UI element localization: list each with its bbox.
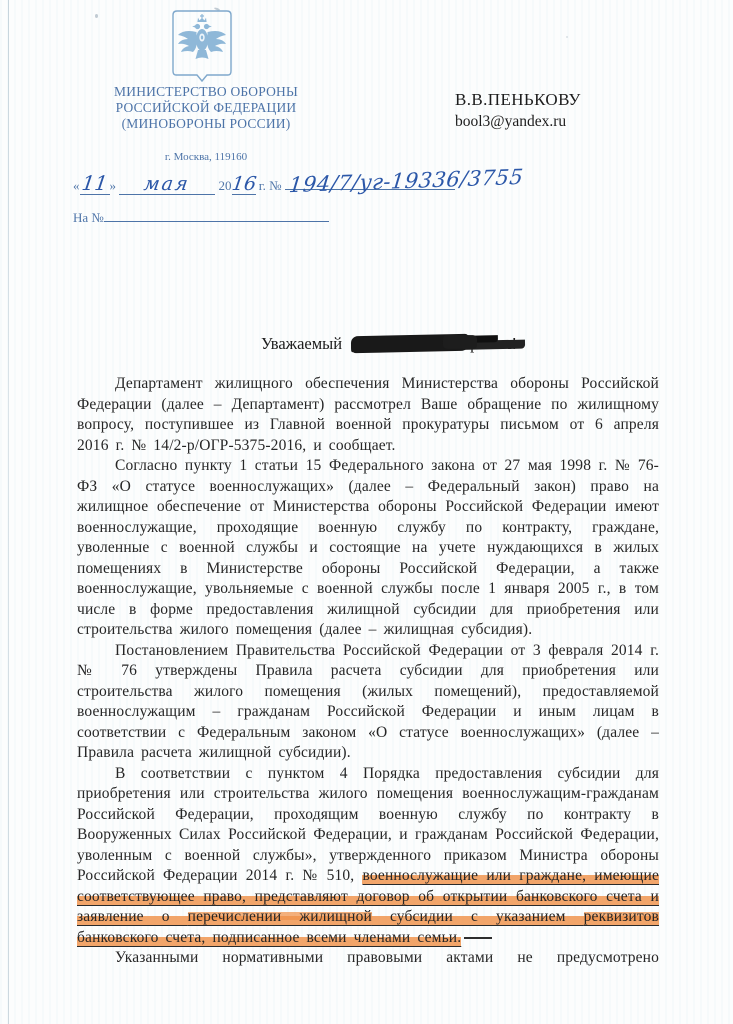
scan-edge-line — [8, 0, 9, 1024]
handwritten-year: 16 — [231, 179, 257, 189]
reply-reference-row: На № — [73, 210, 329, 226]
paragraph-3: Постановлением Правительства Российской … — [77, 641, 659, 764]
year-printed: 20 — [219, 178, 232, 193]
org-name-line1: МИНИСТЕРСТВО ОБОРОНЫ — [95, 84, 317, 100]
paragraph-1: Департамент жилищного обеспечения Минист… — [77, 374, 659, 456]
org-name-line2: РОССИЙСКОЙ ФЕДЕРАЦИИ — [95, 100, 317, 116]
outgoing-reference-row: «11» мая 2016 г. № 194/7/уг-19336/3755 — [73, 178, 673, 195]
date-year-blank: 16 — [232, 178, 256, 195]
org-name-line3: (МИНОБОРОНЫ РОССИИ) — [95, 116, 317, 132]
date-month-blank: мая — [119, 178, 215, 195]
pen-underline-extension — [464, 937, 492, 939]
quote-close: » — [110, 178, 117, 193]
org-name-block: МИНИСТЕРСТВО ОБОРОНЫ РОССИЙСКОЙ ФЕДЕРАЦИ… — [95, 84, 317, 132]
scan-speck — [95, 14, 98, 18]
redaction-marker — [351, 334, 469, 353]
salutation-line: Уважаемыйрович! — [77, 334, 659, 354]
salutation-prefix: Уважаемый — [261, 334, 342, 353]
outgoing-number-blank: 194/7/уг-19336/3755 — [285, 189, 455, 190]
marked-segment-3: банковского счета, подписанное всеми чле… — [77, 929, 461, 946]
handwritten-outgoing-number: 194/7/уг-19336/3755 — [288, 167, 524, 196]
ministry-emblem-icon — [170, 9, 234, 83]
scanned-letter-page: МИНИСТЕРСТВО ОБОРОНЫ РОССИЙСКОЙ ФЕДЕРАЦИ… — [0, 0, 733, 1024]
recipient-email: bool3@yandex.ru — [455, 113, 581, 131]
marked-segment-mid-2: реквизитов — [584, 908, 659, 925]
org-address: г. Москва, 119160 — [95, 151, 317, 163]
reply-number-blank — [104, 221, 329, 222]
recipient-block: В.В.ПЕНЬКОВУ bool3@yandex.ru — [455, 90, 581, 131]
date-day-blank: 11 — [80, 178, 110, 195]
handwritten-day: 11 — [81, 178, 108, 188]
letter-body: Департамент жилищного обеспечения Минист… — [77, 374, 659, 969]
recipient-name: В.В.ПЕНЬКОВУ — [455, 90, 581, 110]
paragraph-4: В соответствии с пунктом 4 Порядка предо… — [77, 764, 659, 949]
paragraph-2: Согласно пункту 1 статьи 15 Федерального… — [77, 456, 659, 641]
salutation-suffix: рович! — [470, 334, 517, 353]
marked-segment-2: субсидии с указанием — [372, 908, 584, 925]
marked-segment-mid-1: перечислении жилищной — [188, 908, 372, 925]
year-suffix: г. № — [259, 178, 282, 193]
handwritten-month: мая — [144, 179, 191, 189]
reply-label: На № — [73, 210, 104, 225]
scan-speck — [566, 36, 568, 38]
paragraph-5: Указанными нормативными правовыми актами… — [77, 948, 659, 969]
